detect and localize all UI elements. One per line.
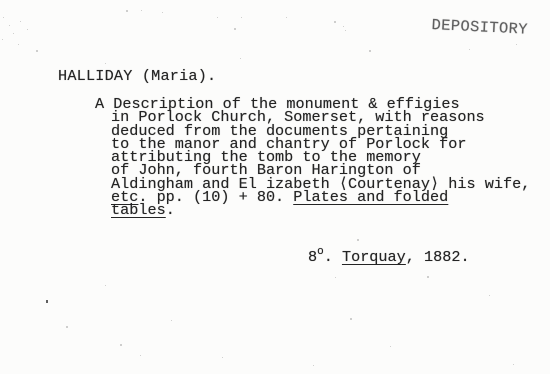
noise-speck — [513, 364, 514, 365]
noise-speck — [105, 63, 106, 64]
noise-speck — [286, 17, 287, 18]
noise-speck — [427, 276, 429, 278]
noise-speck — [141, 10, 142, 11]
noise-speck — [162, 12, 163, 13]
noise-speck — [343, 26, 344, 27]
noise-speck — [140, 355, 141, 356]
imprint-separator: . — [324, 248, 342, 266]
noise-speck — [369, 50, 371, 52]
catalog-card-page: DEPOSITORY HALLIDAY (Maria). A Descripti… — [0, 0, 550, 374]
description-block: A Description of the monument & effigies… — [95, 98, 530, 218]
noise-speck — [27, 29, 28, 30]
noise-speck — [516, 44, 517, 45]
noise-speck — [390, 346, 391, 347]
noise-speck — [334, 21, 336, 23]
noise-speck — [335, 277, 336, 278]
noise-speck — [357, 239, 359, 241]
noise-speck — [469, 49, 470, 50]
author-heading: HALLIDAY (Maria). — [58, 70, 216, 83]
noise-speck — [241, 17, 242, 18]
noise-speck — [36, 50, 38, 52]
noise-speck — [46, 300, 48, 303]
format-size: 8 — [308, 248, 317, 266]
noise-speck — [126, 10, 128, 12]
noise-speck — [120, 344, 122, 346]
noise-speck — [171, 320, 172, 321]
imprint-line: 8o. Torquay, 1882. — [308, 251, 470, 264]
period-text: . — [166, 201, 175, 219]
noise-speck — [105, 285, 106, 286]
collation-line: tables. — [95, 204, 530, 217]
depository-stamp: DEPOSITORY — [431, 16, 528, 39]
noise-speck — [240, 58, 241, 59]
noise-speck — [3, 17, 4, 18]
degree-sign: o — [317, 246, 324, 258]
noise-speck — [20, 21, 21, 22]
noise-speck — [2, 39, 3, 40]
plates-underlined: Plates and folded — [293, 188, 448, 206]
noise-speck — [489, 295, 490, 296]
imprint-year: , 1882. — [406, 248, 470, 266]
noise-speck — [313, 365, 314, 366]
imprint-place: Torquay — [342, 248, 406, 266]
noise-speck — [9, 25, 10, 26]
tables-underlined: tables — [111, 201, 166, 219]
noise-speck — [345, 30, 346, 31]
noise-speck — [217, 17, 218, 18]
noise-speck — [13, 33, 14, 34]
noise-speck — [234, 28, 236, 30]
noise-speck — [66, 326, 68, 328]
noise-speck — [350, 318, 352, 320]
noise-speck — [18, 44, 19, 45]
noise-speck — [222, 357, 223, 358]
